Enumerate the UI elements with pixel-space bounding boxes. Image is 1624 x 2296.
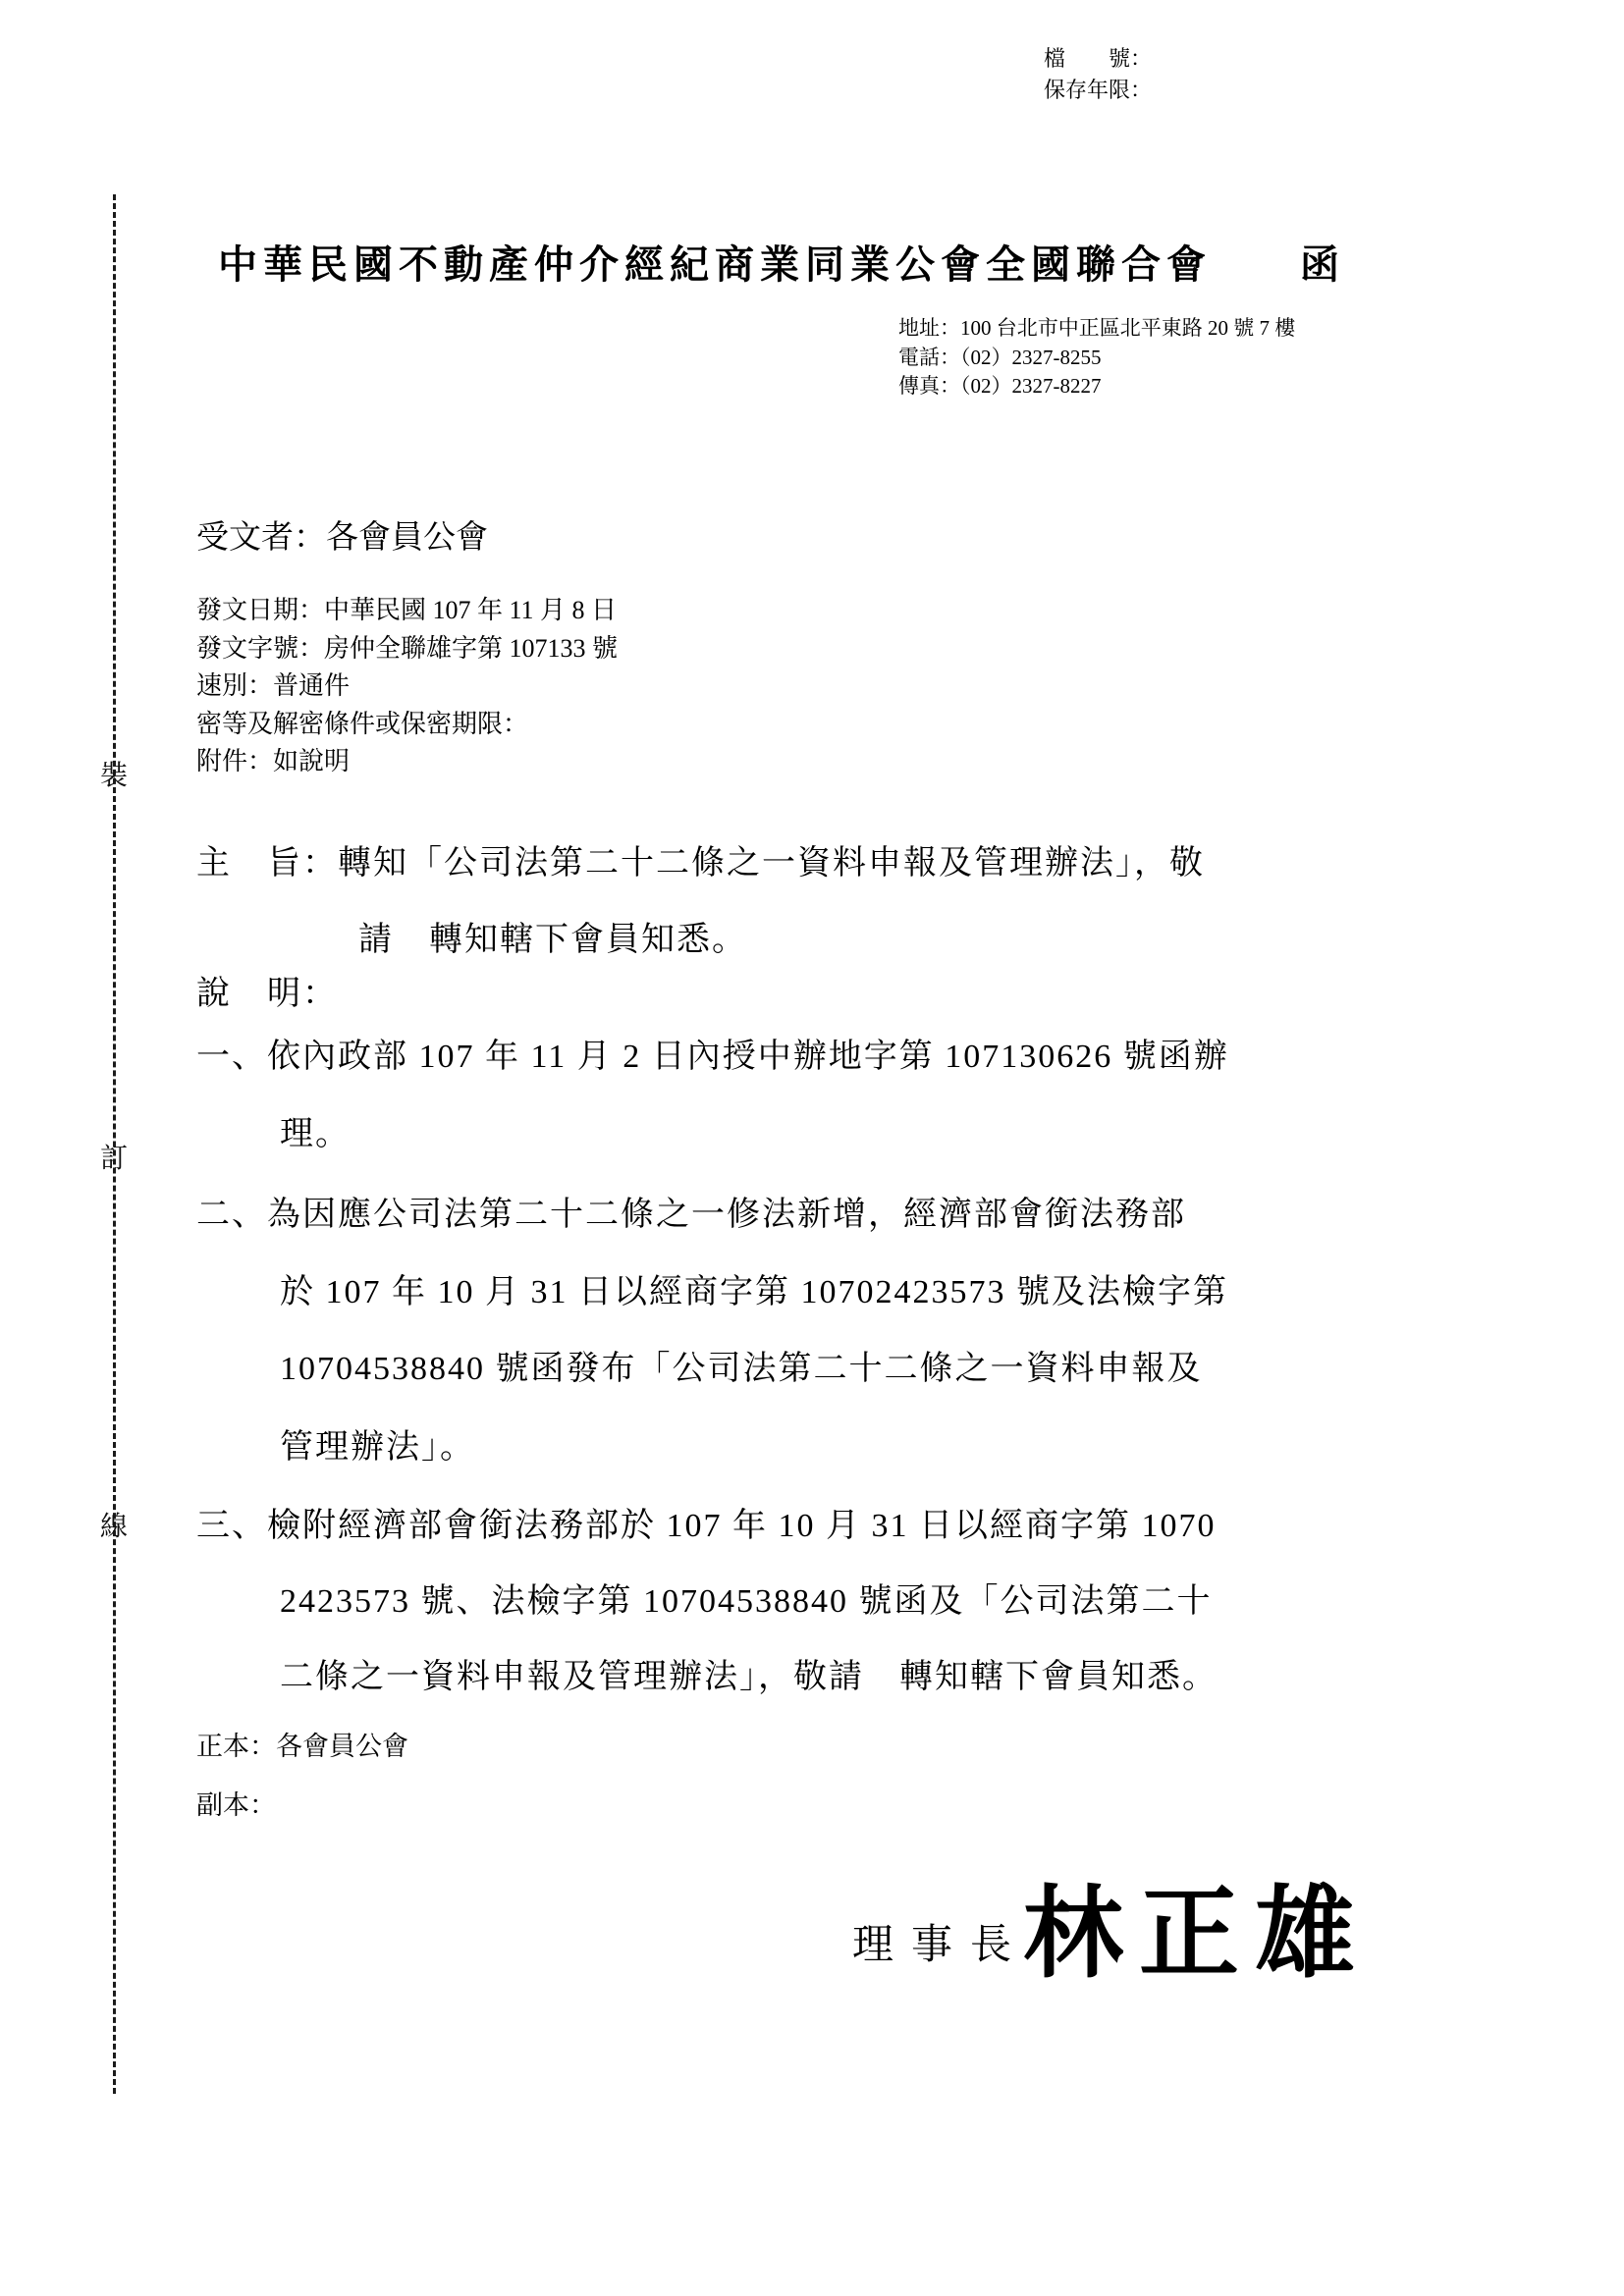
- official-letter-page: 裝 訂 線 檔 號： 保存年限： 中華民國不動產仲介經紀商業同業公會全國聯合會函…: [0, 0, 1624, 2296]
- speed-class-line: 速別：普通件: [196, 667, 618, 706]
- chairman-title: 理事長: [852, 1912, 1029, 1971]
- binding-mark-ding: 訂: [99, 1137, 129, 1176]
- organization-name: 中華民國不動產仲介經紀商業同業公會全國聯合會: [218, 242, 1212, 287]
- issue-date-line: 發文日期：中華民國 107 年 11 月 8 日: [196, 592, 618, 630]
- meta-block: 發文日期：中華民國 107 年 11 月 8 日 發文字號：房仲全聯雄字第 10…: [196, 592, 618, 781]
- address-line: 地址：100 台北市中正區北平東路 20 號 7 樓: [898, 314, 1295, 344]
- binding-mark-xian: 線: [99, 1505, 129, 1544]
- doc-number-line: 發文字號：房仲全聯雄字第 107133 號: [196, 630, 618, 668]
- cc-copy-line: 副本：: [196, 1784, 276, 1822]
- explanation-item-2-line-2: 於 107 年 10 月 31 日以經商字第 10702423573 號及法檢字…: [280, 1264, 1228, 1312]
- file-header: 檔 號： 保存年限：: [1044, 43, 1152, 106]
- binding-mark-zhuang: 裝: [99, 754, 129, 793]
- explanation-heading: 說 明：: [196, 966, 338, 1014]
- explanation-item-1-line-1: 一、依內政部 107 年 11 月 2 日內授中辦地字第 107130626 號…: [196, 1029, 1229, 1077]
- explanation-item-2-line-4: 管理辦法」。: [280, 1419, 475, 1468]
- retention-period-label: 保存年限：: [1044, 75, 1152, 106]
- document-title: 中華民國不動產仲介經紀商業同業公會全國聯合會函: [218, 234, 1345, 290]
- document-type: 函: [1300, 242, 1345, 287]
- phone-line: 電話：（02）2327-8255: [898, 344, 1295, 373]
- attachment-line: 附件：如說明: [196, 743, 618, 781]
- explanation-item-2-line-3: 10704538840 號函發布「公司法第二十二條之一資料申報及: [280, 1341, 1203, 1389]
- explanation-item-1-line-2: 理。: [280, 1106, 351, 1154]
- file-number-label: 檔 號：: [1044, 43, 1152, 75]
- subject-line-1: 主 旨：轉知「公司法第二十二條之一資料申報及管理辦法」，敬: [196, 835, 1205, 883]
- explanation-item-3-line-2: 2423573 號、法檢字第 10704538840 號函及「公司法第二十: [280, 1574, 1213, 1622]
- security-class-line: 密等及解密條件或保密期限：: [196, 706, 618, 744]
- explanation-item-2-line-1: 二、為因應公司法第二十二條之一修法新增，經濟部會銜法務部: [196, 1187, 1186, 1235]
- fax-line: 傳真：（02）2327-8227: [898, 372, 1295, 401]
- original-copy-line: 正本：各會員公會: [196, 1725, 408, 1763]
- contact-block: 地址：100 台北市中正區北平東路 20 號 7 樓 電話：（02）2327-8…: [898, 314, 1295, 401]
- explanation-item-3-line-3: 二條之一資料申報及管理辦法」，敬請 轉知轄下會員知悉。: [280, 1649, 1218, 1697]
- subject-line-2: 請 轉知轄下會員知悉。: [358, 912, 747, 960]
- recipient-line: 受文者：各會員公會: [196, 511, 488, 558]
- explanation-item-3-line-1: 三、檢附經濟部會銜法務部於 107 年 10 月 31 日以經商字第 1070: [196, 1498, 1217, 1546]
- chairman-signature: 林正雄: [1023, 1854, 1371, 1998]
